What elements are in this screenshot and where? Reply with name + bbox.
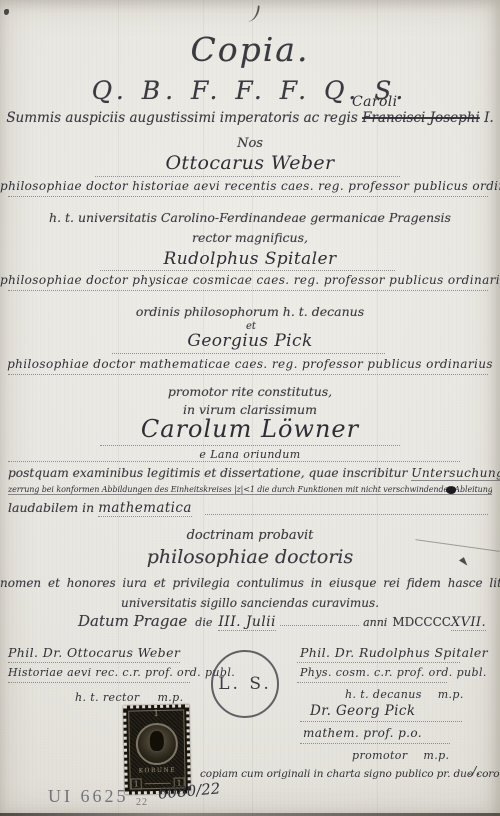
revenue-stamp-currency: KORUNE xyxy=(127,766,187,774)
candidate-origin: e Lana oriundum xyxy=(0,448,500,461)
rule xyxy=(100,445,400,446)
university-line: h. t. universitatis Carolino-Ferdinandea… xyxy=(0,210,500,225)
datum-prefix: Datum Pragae xyxy=(78,612,187,630)
die-label: die xyxy=(195,616,212,629)
promoter-titles: philosophiae doctor mathematicae caes. r… xyxy=(0,357,500,371)
dean-role: ordinis philosophorum h. t. decanus xyxy=(0,304,500,319)
signature-left-title: Historiae aevi rec. c.r. prof. ord. publ… xyxy=(8,666,235,679)
conferral-line2: nomen et honores iura et privilegia cont… xyxy=(0,576,500,590)
grade-line: laudabilem in mathematica xyxy=(8,500,192,516)
rule xyxy=(297,682,447,683)
year-handwritten: XVII. xyxy=(451,615,486,631)
dissertation-title-line2: zerrung bei konformen Abbildungen des Ei… xyxy=(8,485,492,495)
nos-line: Nos xyxy=(0,136,500,151)
anni-label: anni xyxy=(363,616,387,629)
signature-right-title: Phys. cosm. c.r. prof. ord. publ. xyxy=(300,666,487,679)
dedication-prefix: Summis auspiciis augustissimi imperatori… xyxy=(6,110,358,126)
seal-label: L. S. xyxy=(218,674,272,694)
dissertation-intro: postquam examinibus legitimis et dissert… xyxy=(8,466,407,480)
promoter-role: promotor rite constitutus, xyxy=(0,384,500,399)
rule xyxy=(112,353,385,354)
probavit-line: doctrinam probavit xyxy=(0,528,500,543)
signature-pick-title: mathem. prof. p.o. xyxy=(303,726,422,740)
signature-pick-name: Dr. Georg Pick xyxy=(310,703,415,719)
dean-titles: philosophiae doctor physicae cosmicae ca… xyxy=(0,273,500,287)
ink-speck xyxy=(4,9,9,15)
motto-line: Q. B. F. F. F. Q. S. xyxy=(0,76,500,105)
datum-day: III. Julii xyxy=(218,614,276,631)
dotted-filler xyxy=(280,613,359,626)
rule xyxy=(95,176,400,177)
dissertation-intro-line: postquam examinibus legitimis et dissert… xyxy=(8,466,500,480)
rule xyxy=(205,514,488,515)
degree-line: philosophiae doctoris xyxy=(0,546,500,568)
footer-note: copiam cum originali in charta signo pub… xyxy=(200,768,500,780)
footer-mark: ./. xyxy=(468,764,481,778)
dedication-suffix: I. xyxy=(484,110,494,126)
rule xyxy=(8,682,190,683)
dean-name: Rudolphus Spitaler xyxy=(0,249,500,269)
revenue-stamp: 1 KORUNE 1 1 xyxy=(123,704,191,794)
rector-name: Ottocarus Weber xyxy=(0,152,500,174)
dedication-line: Summis auspiciis augustissimi imperatori… xyxy=(0,110,500,126)
conferral-line3: universitatis sigillo sanciendas curavim… xyxy=(0,596,500,610)
rector-titles: philosophiae doctor historiae aevi recen… xyxy=(0,179,500,193)
grade-prefix: laudabilem in xyxy=(8,500,94,515)
rule xyxy=(8,662,180,663)
archive-stamp: UI 6625 22 xyxy=(48,786,148,808)
signature-left-mp: m.p. xyxy=(157,691,183,704)
signature-left-name: Phil. Dr. Ottocarus Weber xyxy=(8,645,180,660)
rule xyxy=(8,374,488,375)
signature-pick-role: promotor xyxy=(352,749,407,762)
signature-right-mp: m.p. xyxy=(438,688,464,701)
year-printed: MDCCCC xyxy=(392,615,451,629)
page-title: Copia. xyxy=(0,30,500,69)
candidate-name: Carolum Löwner xyxy=(0,415,500,443)
rule xyxy=(8,290,488,291)
signature-right-name: Phil. Dr. Rudolphus Spitaler xyxy=(300,645,488,660)
datum-line: Datum Pragae die III. Julii anni MDCCCC … xyxy=(78,612,486,631)
rule xyxy=(297,662,460,663)
dedication-struck-name: Francisci Josephi xyxy=(362,110,480,126)
signature-right-role: h. t. decanus xyxy=(345,688,422,701)
rule xyxy=(8,461,460,462)
signature-right-role-line: h. t. decanus m.p. xyxy=(345,688,464,701)
pen-mark xyxy=(246,4,260,22)
signature-pick-mp: m.p. xyxy=(423,749,449,762)
archive-stamp-number: UI 6625 xyxy=(48,786,129,806)
locus-sigilli-seal: L. S. xyxy=(211,650,279,718)
portrait-icon xyxy=(150,731,164,751)
promoter-name: Georgius Pick xyxy=(0,331,500,351)
revenue-stamp-value-top: 1 xyxy=(126,708,186,719)
archive-stamp-suffix: 22 xyxy=(136,797,148,808)
signature-left-role-line: h. t. rector m.p. xyxy=(75,691,184,704)
rector-role: rector magnificus, xyxy=(0,230,500,245)
dissertation-title-line1: Untersuchungen über die Ver- xyxy=(411,466,500,481)
rule xyxy=(300,721,462,722)
inserted-name-annotation: Caroli xyxy=(352,94,398,110)
signature-left-role: h. t. rector xyxy=(75,691,140,704)
rule xyxy=(100,270,395,271)
rule xyxy=(8,196,488,197)
grade-subject: mathematica xyxy=(98,500,192,517)
signature-pick-role-line: promotor m.p. xyxy=(352,749,449,762)
diploma-copy-document: Copia. Q. B. F. F. F. Q. S. Caroli Summi… xyxy=(0,0,500,816)
rule xyxy=(300,743,450,744)
